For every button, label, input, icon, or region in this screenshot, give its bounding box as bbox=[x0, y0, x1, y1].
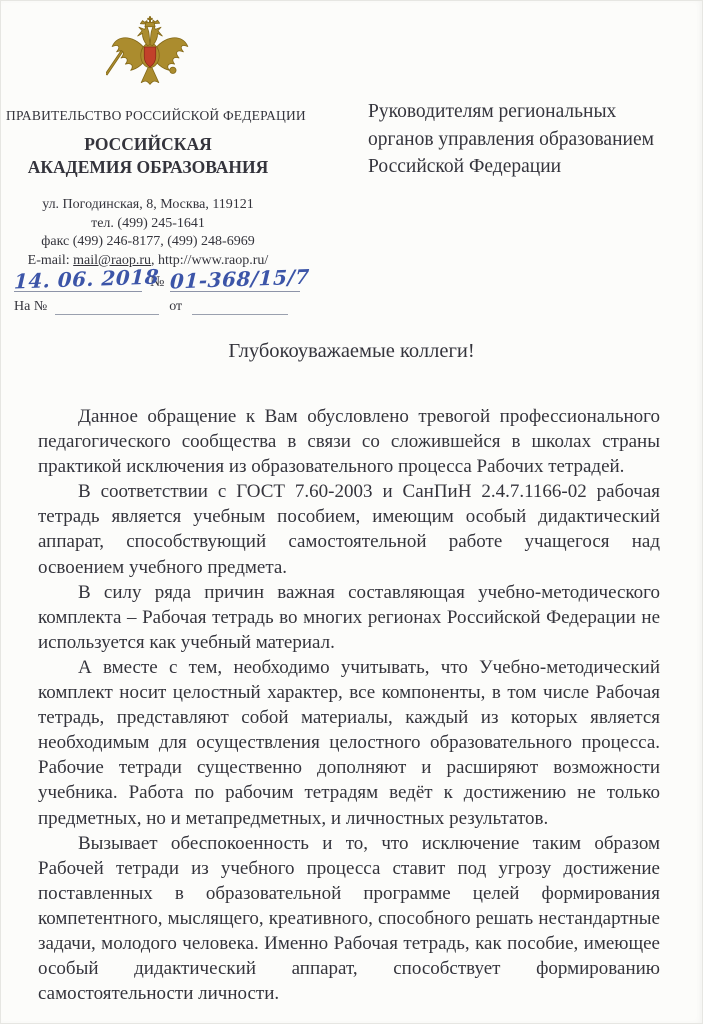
organization-name: РОССИЙСКАЯ АКАДЕМИЯ ОБРАЗОВАНИЯ bbox=[6, 133, 290, 179]
postal-address: ул. Погодинская, 8, Москва, 119121 bbox=[2, 196, 294, 215]
organization-name-line1: РОССИЙСКАЯ bbox=[6, 133, 290, 156]
recipient-block: Руководителям региональных органов управ… bbox=[368, 98, 698, 181]
body-paragraph: А вместе с тем, необходимо учитывать, чт… bbox=[38, 655, 660, 831]
phone-line: тел. (499) 245-1641 bbox=[2, 215, 294, 234]
body-paragraph: Вызывает обеспокоенность и то, что исклю… bbox=[38, 831, 660, 1007]
body-paragraph: В силу ряда причин важная составляющая у… bbox=[38, 580, 660, 655]
body-paragraph: Данное обращение к Вам обусловлено трево… bbox=[38, 404, 660, 479]
reference-number-row: 14. 06. 2018 № 01-368/15/7 bbox=[14, 258, 314, 292]
fax-line: факс (499) 246-8177, (499) 248-6969 bbox=[2, 233, 294, 252]
reply-number-label: На № bbox=[14, 299, 47, 315]
letter-body: Данное обращение к Вам обусловлено трево… bbox=[38, 404, 660, 1006]
reply-reference-row: На № от bbox=[14, 299, 354, 315]
body-paragraph: В соответствии с ГОСТ 7.60-2003 и СанПиН… bbox=[38, 479, 660, 579]
scanned-letter-page: ПРАВИТЕЛЬСТВО РОССИЙСКОЙ ФЕДЕРАЦИИ РОССИ… bbox=[0, 0, 703, 1024]
outgoing-number-field: 01-368/15/7 bbox=[170, 268, 300, 292]
handwritten-date: 14. 06. 2018 bbox=[14, 265, 160, 292]
reply-number-blank bbox=[55, 299, 159, 315]
recipient-line: органов управления образованием bbox=[368, 126, 698, 154]
handwritten-number: 01-368/15/7 bbox=[170, 266, 310, 293]
reply-date-label: от bbox=[169, 299, 182, 315]
reply-date-blank bbox=[192, 299, 288, 315]
government-line: ПРАВИТЕЛЬСТВО РОССИЙСКОЙ ФЕДЕРАЦИИ bbox=[6, 108, 290, 124]
salutation: Глубокоуважаемые коллеги! bbox=[0, 340, 703, 363]
recipient-line: Российской Федерации bbox=[368, 153, 698, 181]
date-field: 14. 06. 2018 bbox=[14, 268, 142, 292]
russia-coat-of-arms-icon bbox=[106, 14, 194, 107]
recipient-line: Руководителям региональных bbox=[368, 98, 698, 126]
organization-name-line2: АКАДЕМИЯ ОБРАЗОВАНИЯ bbox=[6, 156, 290, 179]
